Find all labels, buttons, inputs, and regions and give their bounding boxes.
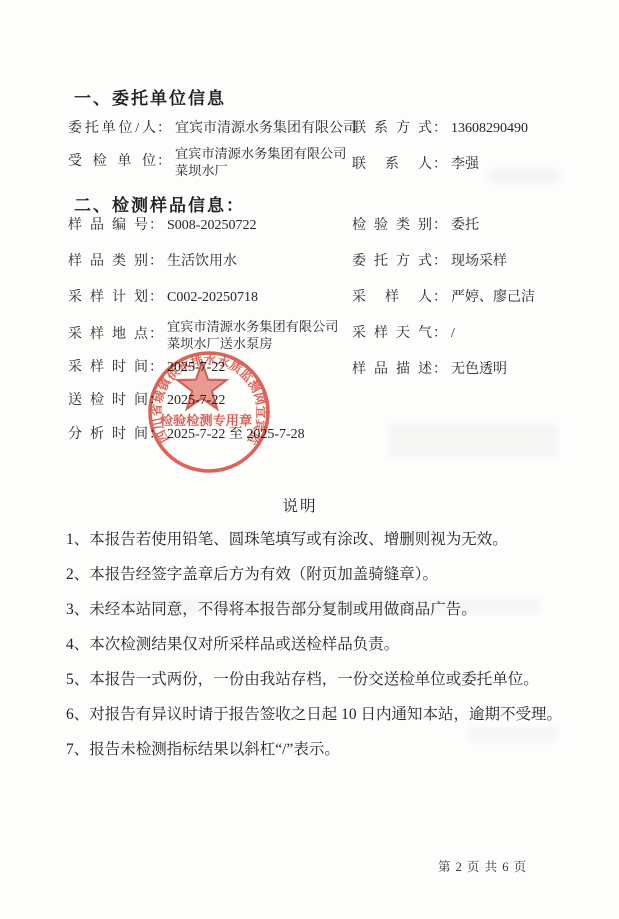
notes-title: 说明 <box>0 494 600 516</box>
field-label: 检验类别 <box>352 216 432 236</box>
field-contact-person: 联系人： 李强 <box>352 155 479 175</box>
note-item: 5、本报告一式两份，一份由我站存档，一份交送检单位或委托单位。 <box>66 666 563 694</box>
field-value-line1: 宜宾市清源水务集团有限公司 <box>175 145 346 162</box>
field-client: 委托单位/人： 宜宾市清源水务集团有限公司 <box>68 119 357 139</box>
field-label: 分析时间 <box>68 425 148 445</box>
field-value-line2: 菜坝水厂 <box>175 162 346 179</box>
stamp-ring <box>150 353 268 471</box>
scan-artifact <box>120 598 540 614</box>
field-value: 无色透明 <box>451 360 507 380</box>
colon: ： <box>433 216 447 236</box>
field-samplers: 采样人： 严婷、廖己洁 <box>352 288 535 308</box>
scan-artifact <box>488 168 560 184</box>
field-value: 委托 <box>451 216 479 236</box>
field-value: 宜宾市清源水务集团有限公司 菜坝水厂 <box>175 145 346 179</box>
field-label: 送检时间 <box>68 391 148 411</box>
report-page: 一、委托单位信息 委托单位/人： 宜宾市清源水务集团有限公司 联系方式： 136… <box>0 0 619 919</box>
colon: ： <box>433 324 447 344</box>
field-label: 联系人 <box>352 155 432 175</box>
note-item: 1、本报告若使用铅笔、圆珠笔填写或有涂改、增删则视为无效。 <box>66 526 563 554</box>
section2-heading: 二、检测样品信息： <box>74 191 245 216</box>
colon: ： <box>149 216 163 236</box>
field-label: 受检单位 <box>68 152 156 172</box>
colon: ： <box>149 325 163 345</box>
field-value: 13608290490 <box>451 119 528 139</box>
scan-artifact <box>468 727 558 743</box>
field-inspected-unit: 受检单位： 宜宾市清源水务集团有限公司 菜坝水厂 <box>68 144 346 180</box>
note-item: 6、对报告有异议时请于报告签收之日起 10 日内通知本站，逾期不受理。 <box>66 701 563 729</box>
colon: ： <box>433 119 447 139</box>
field-label: 委托单位/人 <box>68 119 156 139</box>
field-value: 李强 <box>451 155 479 175</box>
colon: ： <box>433 360 447 380</box>
field-value: / <box>451 324 455 344</box>
field-contact-method: 联系方式： 13608290490 <box>352 119 528 139</box>
colon: ： <box>149 288 163 308</box>
field-value: 生活饮用水 <box>167 252 237 272</box>
colon: ： <box>157 119 171 139</box>
colon: ： <box>433 155 447 175</box>
colon: ： <box>433 288 447 308</box>
field-sampling-weather: 采样天气： / <box>352 324 455 344</box>
field-value: C002-20250718 <box>167 288 258 308</box>
note-item: 2、本报告经签字盖章后方为有效（附页加盖骑缝章）。 <box>66 561 563 589</box>
field-value: 严婷、廖己洁 <box>451 288 535 308</box>
field-label: 委托方式 <box>352 252 432 272</box>
field-sample-type: 样品类别： 生活饮用水 <box>68 252 237 272</box>
official-stamp: 四川省城镇供水排水水质监测网宜宾监测站 检验检测专用章 <box>143 346 275 478</box>
field-label: 采样时间 <box>68 358 148 378</box>
field-label: 联系方式 <box>352 119 432 139</box>
stamp-bottom-text: 检验检测专用章 <box>160 412 252 428</box>
field-label: 采样人 <box>352 288 432 308</box>
field-sample-no: 样品编号： S008-20250722 <box>68 216 256 236</box>
field-label: 样品类别 <box>68 252 148 272</box>
field-label: 采样地点 <box>68 325 148 345</box>
page-number: 第 2 页 共 6 页 <box>438 857 527 875</box>
field-label: 采样计划 <box>68 288 148 308</box>
field-commission-mode: 委托方式： 现场采样 <box>352 252 507 272</box>
scan-artifact <box>388 424 558 458</box>
field-value: 宜宾市清源水务集团有限公司 <box>175 119 357 139</box>
field-value: S008-20250722 <box>167 216 256 236</box>
field-value-line1: 宜宾市清源水务集团有限公司 <box>167 318 338 335</box>
field-value: 现场采样 <box>451 252 507 272</box>
field-label: 采样天气 <box>352 324 432 344</box>
field-test-category: 检验类别： 委托 <box>352 216 479 236</box>
field-sampling-plan: 采样计划： C002-20250718 <box>68 288 258 308</box>
colon: ： <box>149 252 163 272</box>
colon: ： <box>433 252 447 272</box>
section1-heading: 一、委托单位信息 <box>74 84 226 109</box>
field-label: 样品编号 <box>68 216 148 236</box>
field-label: 样品描述 <box>352 360 432 380</box>
field-sample-description: 样品描述： 无色透明 <box>352 360 507 380</box>
colon: ： <box>157 152 171 172</box>
note-item: 4、本次检测结果仅对所采样品或送检样品负责。 <box>66 631 563 659</box>
